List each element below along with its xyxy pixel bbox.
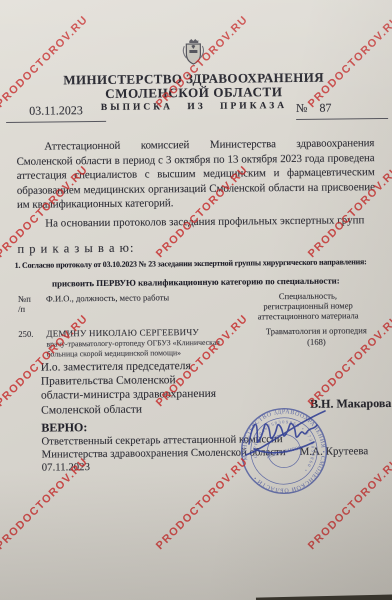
assign-category-line: присвоить ПЕРВУЮ квалификационную катего… xyxy=(0,275,392,289)
number-sign: № xyxy=(296,101,308,115)
col-name-header: Ф.И.О., должность, место работы xyxy=(46,292,242,304)
order-word: п р и к а з ы в а ю: xyxy=(17,241,134,257)
order-item-1: 1. Согласно протоколу от 03.10.2023 № 23… xyxy=(15,257,387,270)
document-page: PRODOCTOROV.RU PRODOCTOROV.RU PRODOCTORO… xyxy=(0,0,392,600)
col-specialty-header-line3: аттестационного материала xyxy=(242,310,374,321)
col-specialty-header: Специальность, регистрационный номер атт… xyxy=(242,290,374,321)
official-position-line4: Смоленской области xyxy=(41,401,216,417)
row-number: 250. xyxy=(18,329,46,339)
handwritten-signature xyxy=(241,404,335,462)
official-position-line3: области-министра здравоохранения xyxy=(41,387,216,403)
specialty: Травматология и ортопедия xyxy=(250,325,382,336)
verno-label: ВЕРНО: xyxy=(41,420,87,435)
table-header-row: №п /п Ф.И.О., должность, место работы Сп… xyxy=(18,290,374,324)
col-number-header: №п /п xyxy=(18,294,46,314)
issue-date: 03.11.2023 xyxy=(6,103,106,123)
